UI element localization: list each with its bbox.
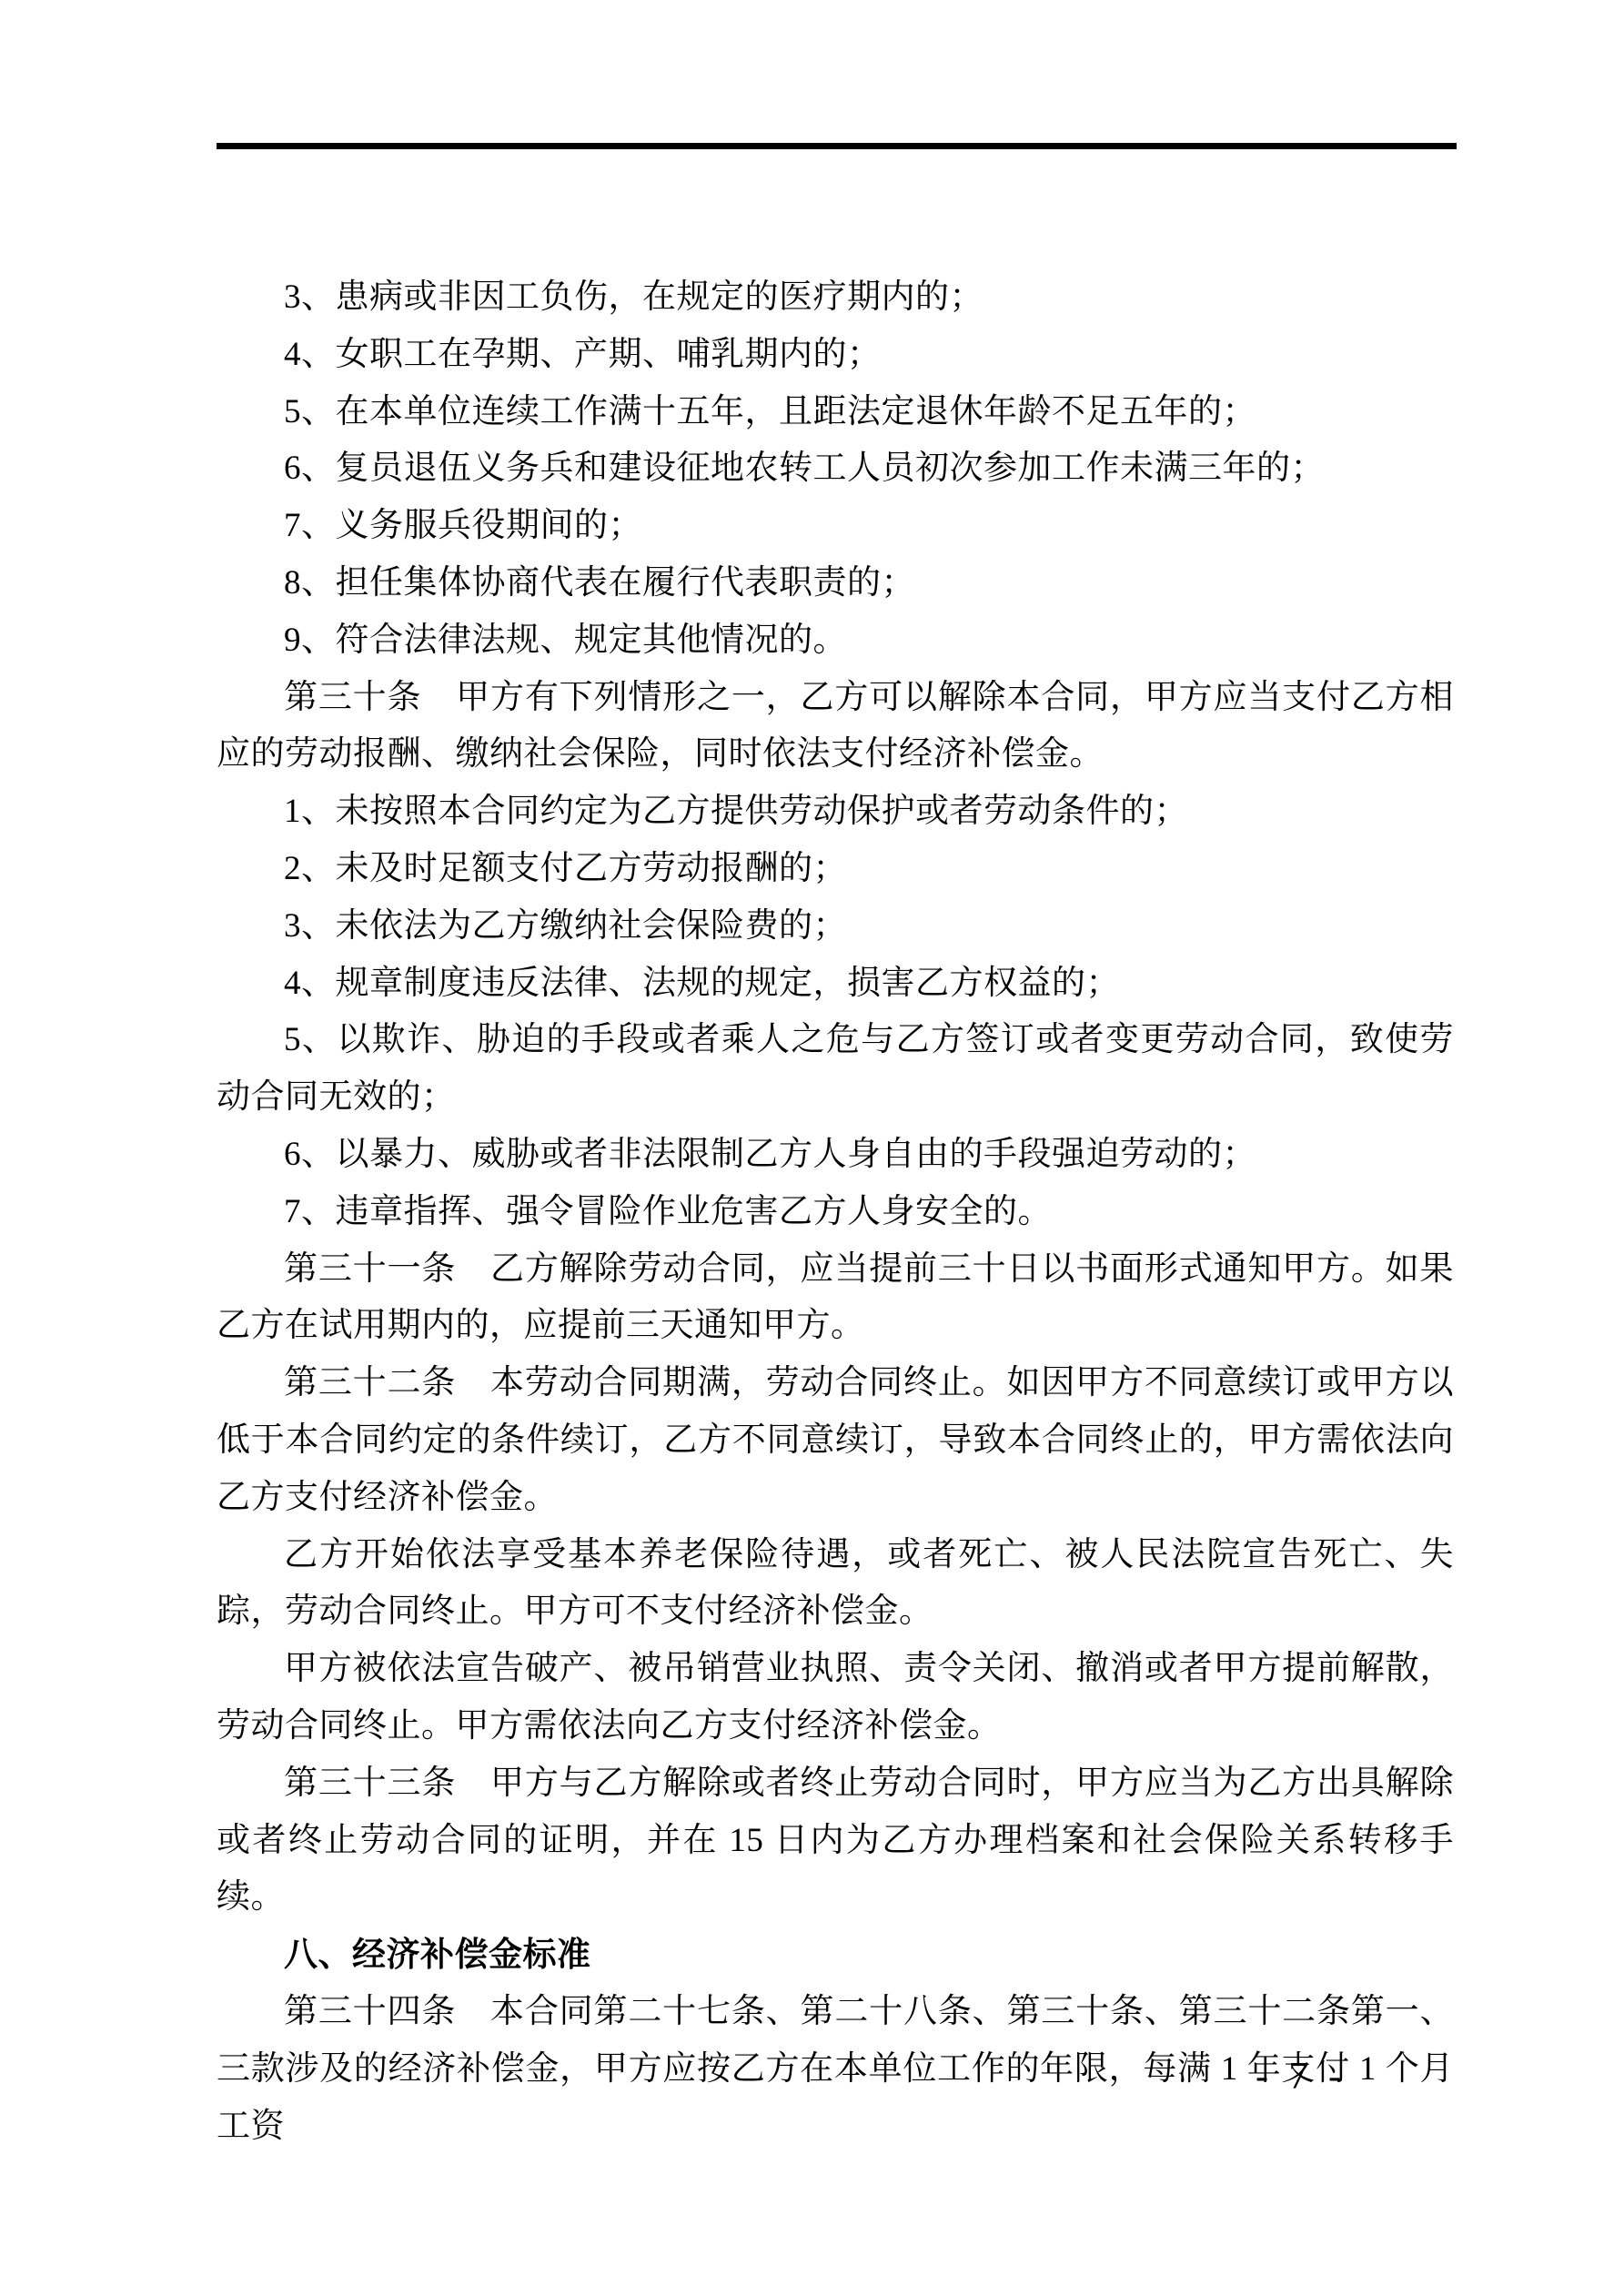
contract-paragraph: 6、复员退伍义务兵和建设征地农转工人员初次参加工作未满三年的；: [217, 440, 1454, 498]
contract-paragraph: 7、违章指挥、强令冒险作业危害乙方人身安全的。: [217, 1184, 1454, 1241]
contract-paragraph: 第三十三条 甲方与乙方解除或者终止劳动合同时，甲方应当为乙方出具解除或者终止劳动…: [217, 1755, 1454, 1927]
contract-paragraph: 4、女职工在孕期、产期、哺乳期内的；: [217, 327, 1454, 384]
contract-body: 3、患病或非因工负伤，在规定的医疗期内的；4、女职工在孕期、产期、哺乳期内的；5…: [217, 269, 1454, 2155]
contract-paragraph: 3、未依法为乙方缴纳社会保险费的；: [217, 898, 1454, 956]
contract-paragraph: 第三十一条 乙方解除劳动合同，应当提前三十日以书面形式通知甲方。如果乙方在试用期…: [217, 1241, 1454, 1356]
contract-paragraph: 2、未及时足额支付乙方劳动报酬的；: [217, 841, 1454, 898]
contract-paragraph: 1、未按照本合同约定为乙方提供劳动保护或者劳动条件的；: [217, 784, 1454, 841]
contract-paragraph: 5、以欺诈、胁迫的手段或者乘人之危与乙方签订或者变更劳动合同，致使劳动合同无效的…: [217, 1012, 1454, 1127]
contract-paragraph: 6、以暴力、威胁或者非法限制乙方人身自由的手段强迫劳动的；: [217, 1127, 1454, 1184]
contract-paragraph: 第三十二条 本劳动合同期满，劳动合同终止。如因甲方不同意续订或甲方以低于本合同约…: [217, 1355, 1454, 1526]
contract-paragraph: 4、规章制度违反法律、法规的规定，损害乙方权益的；: [217, 956, 1454, 1013]
contract-paragraph: 3、患病或非因工负伤，在规定的医疗期内的；: [217, 269, 1454, 327]
page-number: - 7 -: [1256, 2055, 1347, 2099]
contract-paragraph: 7、义务服兵役期间的；: [217, 498, 1454, 555]
contract-paragraph: 5、在本单位连续工作满十五年，且距法定退休年龄不足五年的；: [217, 384, 1454, 441]
contract-paragraph: 第三十条 甲方有下列情形之一，乙方可以解除本合同，甲方应当支付乙方相应的劳动报酬…: [217, 670, 1454, 784]
header-rule: [217, 143, 1457, 149]
contract-paragraph: 甲方被依法宣告破产、被吊销营业执照、责令关闭、撤消或者甲方提前解散，劳动合同终止…: [217, 1641, 1454, 1755]
section-heading: 八、经济补偿金标准: [217, 1927, 1454, 1984]
contract-paragraph: 乙方开始依法享受基本养老保险待遇，或者死亡、被人民法院宣告死亡、失踪，劳动合同终…: [217, 1527, 1454, 1642]
contract-paragraph: 9、符合法律法规、规定其他情况的。: [217, 612, 1454, 670]
contract-paragraph: 8、担任集体协商代表在履行代表职责的；: [217, 555, 1454, 612]
document-page: 3、患病或非因工负伤，在规定的医疗期内的；4、女职工在孕期、产期、哺乳期内的；5…: [0, 0, 1624, 2296]
